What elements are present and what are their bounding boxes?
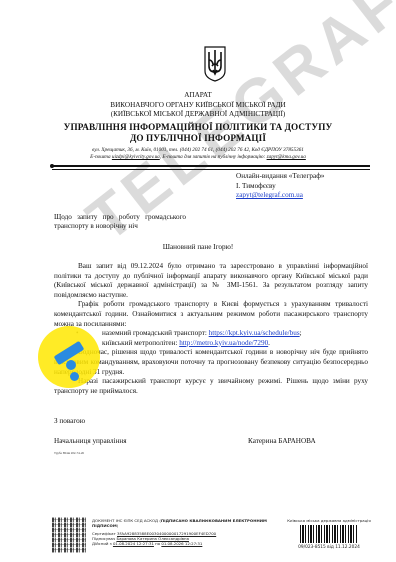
telegraf-logo-icon — [38, 326, 100, 388]
link-label: наземний громадський транспорт: — [102, 329, 209, 337]
recipient-name: І. Тимофєєву — [236, 182, 324, 192]
registration-org: Київська міська державна адміністрація — [284, 518, 374, 523]
header-line-3: (КИЇВСЬКОЇ МІСЬКОЇ ДЕРЖАВНОЇ АДМІНІСТРАЦ… — [0, 110, 396, 120]
logo-dot — [66, 360, 76, 370]
barcode-icon — [300, 525, 358, 543]
signatory-name: Катерина БАРАНОВА — [248, 437, 316, 445]
qr-code-icon[interactable] — [52, 517, 86, 553]
department-title-line-1: УПРАВЛІННЯ ІНФОРМАЦІЙНОЇ ПОЛІТИКИ ТА ДОС… — [0, 122, 396, 133]
department-title-line-2: ДО ПУБЛІЧНОЇ ІНФОРМАЦІЇ — [0, 133, 396, 144]
salutation: Шановний пане Ігорю! — [0, 243, 396, 251]
email-line: E-пошта uizdpi@kyivcity.gov.ua, E-пошта … — [0, 154, 396, 161]
valid-label: Дійсний з — [92, 541, 113, 546]
punctuation: ; — [300, 329, 302, 337]
trident-coat-of-arms-icon — [204, 46, 226, 82]
signature-details: ДОКУМЕНТ ІНС ЄІПК СЕД АСКОД (ПІДПИСАНО К… — [92, 518, 272, 546]
letter-subject: Щодо запиту про роботу громадського тран… — [54, 213, 186, 232]
metro-schedule-link[interactable]: http://metro.kyiv.ua/node/7290 — [179, 339, 268, 347]
closing-regards: З повагою — [54, 417, 85, 425]
requests-email-label: , E-пошта для запитів на публічну інформ… — [160, 154, 266, 160]
executor-note: Труба Юлія 202-74-26 — [54, 451, 84, 455]
department-title: УПРАВЛІННЯ ІНФОРМАЦІЙНОЇ ПОЛІТИКИ ТА ДОС… — [0, 122, 396, 144]
schedule-links-list: наземний громадський транспорт: https://… — [54, 329, 368, 348]
official-letter-page: АПАРАТ ВИКОНАВЧОГО ОРГАНУ КИЇВСЬКОЇ МІСЬ… — [0, 0, 396, 562]
header-divider-thin — [52, 169, 370, 170]
body-paragraph-2: Графік роботи громадського транспорту в … — [54, 300, 368, 329]
registration-number: 09/023-8515 від 11.12.2024 — [284, 545, 374, 550]
letter-body: Ваш запит від 09.12.2024 було отримано т… — [54, 262, 368, 396]
registration-block: Київська міська державна адміністрація 0… — [284, 518, 374, 550]
list-item-ground-transport: наземний громадський транспорт: https://… — [102, 329, 368, 339]
valid-from: 01.08.2024 12:27:31 — [113, 541, 154, 546]
header-line-1: АПАРАТ — [0, 91, 396, 101]
body-paragraph-4: Наразі пасажирський транспорт курсує у з… — [54, 377, 368, 396]
email-label: E-пошта — [90, 154, 110, 160]
ground-transport-schedule-link[interactable]: https://kpt.kyiv.ua/schedule/bus — [209, 329, 300, 337]
recipient-org: Онлайн-видання «Телеграф» — [236, 172, 324, 182]
recipient-email-link[interactable]: zapyt@telegraf.com.ua — [236, 191, 303, 199]
link-label: київський метрополітен: — [102, 339, 179, 347]
department-email-link[interactable]: uizdpi@kyivcity.gov.ua — [112, 154, 160, 160]
body-paragraph-3: Водночас, рішення щодо тривалості коменд… — [54, 348, 368, 377]
recipient-block: Онлайн-видання «Телеграф» І. Тимофєєву z… — [236, 172, 324, 201]
logo-dot — [70, 372, 79, 381]
signatory-role: Начальниця управління — [54, 437, 127, 445]
header-line-2: ВИКОНАВЧОГО ОРГАНУ КИЇВСЬКОЇ МІСЬКОЇ РАД… — [0, 101, 396, 111]
list-item-metro: київський метрополітен: http://metro.kyi… — [102, 339, 368, 349]
body-paragraph-1: Ваш запит від 09.12.2024 було отримано т… — [54, 262, 368, 300]
header-divider-thick — [52, 165, 370, 167]
contact-block: вул. Хрещатик, 36, м. Київ, 01001, тел. … — [0, 147, 396, 161]
apparatus-header: АПАРАТ ВИКОНАВЧОГО ОРГАНУ КИЇВСЬКОЇ МІСЬ… — [0, 91, 396, 120]
punctuation: . — [268, 339, 270, 347]
requests-email-link[interactable]: zapyt@kma.gov.ua — [267, 154, 306, 160]
electronic-signature-stamp: ДОКУМЕНТ ІНС ЄІПК СЕД АСКОД (ПІДПИСАНО К… — [52, 512, 374, 558]
valid-to: 01.08.2026 12:27:31 — [161, 541, 202, 546]
bracket: ) — [117, 523, 119, 528]
address-line: вул. Хрещатик, 36, м. Київ, 01001, тел. … — [0, 147, 396, 154]
